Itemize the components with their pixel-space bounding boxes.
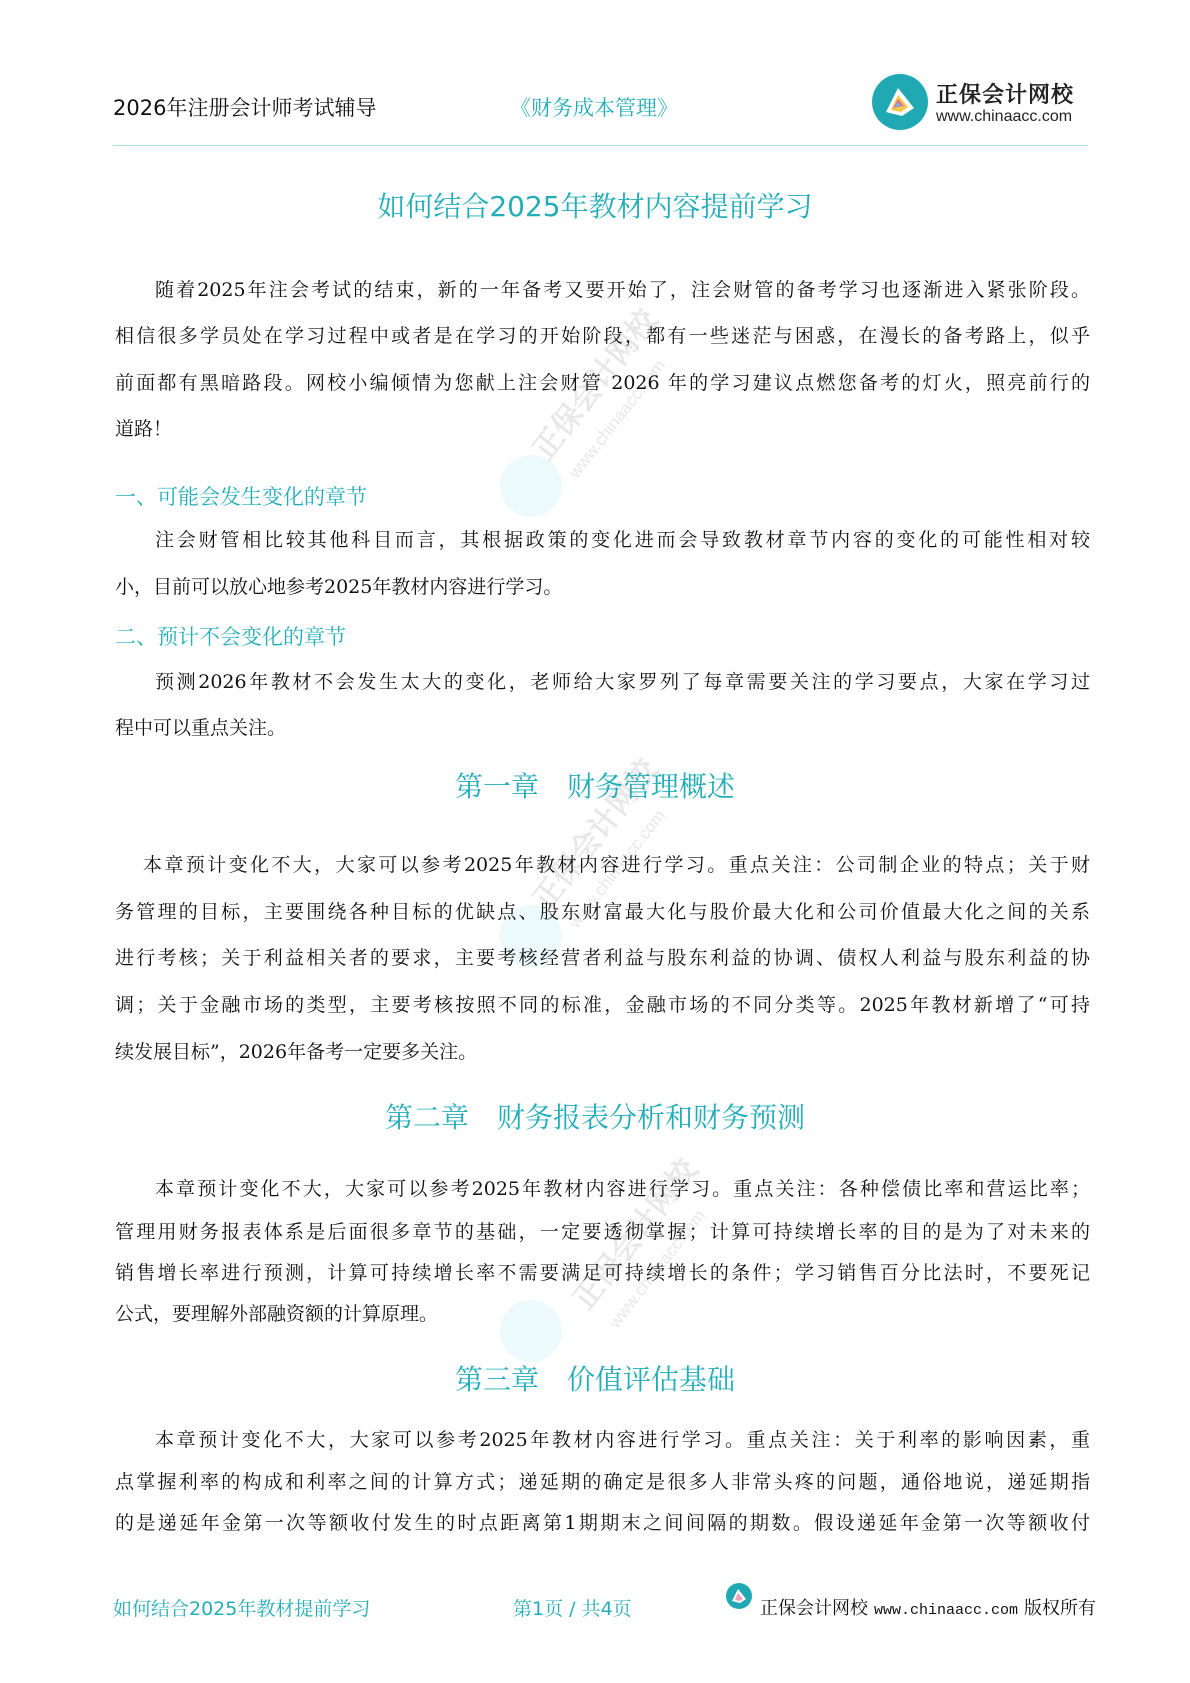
paragraph-line: 管理用财务报表体系是后面很多章节的基础，一定要透彻掌握；计算可持续增长率的目的是… xyxy=(115,1220,1090,1244)
paragraph-line: 销售增长率进行预测，计算可持续增长率不需要满足可持续增长的条件；学习销售百分比法… xyxy=(115,1261,1090,1285)
paragraph-line: 务管理的目标，主要围绕各种目标的优缺点、股东财富最大化与股价最大化和公司价值最大… xyxy=(115,900,1090,924)
paragraph-line: 公式，要理解外部融资额的计算原理。 xyxy=(115,1302,1090,1326)
watermark-logo-icon xyxy=(500,455,562,517)
paragraph-line: 调；关于金融市场的类型，主要考核按照不同的标准，金融市场的不同分类等。2025年… xyxy=(115,993,1090,1017)
section-heading: 一、可能会发生变化的章节 xyxy=(115,481,367,511)
paragraph-line: 注会财管相比较其他科目而言，其根据政策的变化进而会导致教材章节内容的变化的可能性… xyxy=(115,528,1090,552)
footer-document-title: 如何结合2025年教材提前学习 xyxy=(113,1594,370,1621)
paragraph-line: 本章预计变化不大，大家可以参考2025年教材内容进行学习。重点关注：公司制企业的… xyxy=(115,853,1090,877)
chapter-heading: 第一章 财务管理概述 xyxy=(0,765,1190,805)
header-subject: 《财务成本管理》 xyxy=(510,92,678,122)
paragraph-line: 进行考核；关于利益相关者的要求，主要考核经营者利益与股东利益的协调、债权人利益与… xyxy=(115,946,1090,970)
paragraph-line: 前面都有黑暗路段。网校小编倾情为您献上注会财管 2026 年的学习建议点燃您备考… xyxy=(115,371,1090,395)
header-course-title: 2026年注册会计师考试辅导 xyxy=(113,92,376,122)
paragraph-line: 点掌握利率的构成和利率之间的计算方式；递延期的确定是很多人非常头疼的问题，通俗地… xyxy=(115,1470,1090,1494)
watermark-text: 正保会计网校 xyxy=(520,440,700,484)
paragraph-line: 的是递延年金第一次等额收付发生的时点距离第1期期末之间间隔的期数。假设递延年金第… xyxy=(115,1511,1090,1535)
paragraph-line: 预测2026年教材不会发生太大的变化，老师给大家罗列了每章需要关注的学习要点，大… xyxy=(115,670,1090,694)
document-title: 如何结合2025年教材内容提前学习 xyxy=(0,185,1190,225)
paragraph-line: 续发展目标”，2026年备考一定要多关注。 xyxy=(115,1040,1090,1064)
footer-brand: 正保会计网校 xyxy=(760,1598,868,1619)
paragraph-line: 小，目前可以放心地参考2025年教材内容进行学习。 xyxy=(115,575,1090,599)
paragraph-line: 道路！ xyxy=(115,417,1090,441)
header-logo: 正保会计网校 www.chinaacc.com xyxy=(872,72,1092,134)
logo-url: www.chinaacc.com xyxy=(936,108,1072,126)
chapter-heading: 第二章 财务报表分析和财务预测 xyxy=(0,1096,1190,1136)
watermark-url: www.chinaacc.com xyxy=(565,470,710,490)
paragraph-line: 相信很多学员处在学习过程中或者是在学习的开始阶段，都有一些迷茫与困惑，在漫长的备… xyxy=(115,324,1090,348)
chapter-heading: 第三章 价值评估基础 xyxy=(0,1358,1190,1398)
footer-copyright: 正保会计网校www.chinaacc.com版权所有 xyxy=(760,1594,1096,1620)
paragraph-line: 本章预计变化不大，大家可以参考2025年教材内容进行学习。重点关注：各种偿债比率… xyxy=(115,1177,1090,1201)
paragraph-line: 本章预计变化不大，大家可以参考2025年教材内容进行学习。重点关注：关于利率的影… xyxy=(115,1428,1090,1452)
footer-page-info: 第1页 / 共4页 xyxy=(513,1594,632,1621)
section-heading: 二、预计不会变化的章节 xyxy=(115,621,346,651)
footer-rights: 版权所有 xyxy=(1024,1598,1096,1619)
logo-brand-name: 正保会计网校 xyxy=(936,78,1074,109)
chinaacc-logo-icon xyxy=(872,74,928,130)
paragraph-line: 程中可以重点关注。 xyxy=(115,716,1090,740)
header-divider xyxy=(113,145,1088,146)
footer-logo-icon xyxy=(726,1583,752,1609)
footer-url[interactable]: www.chinaacc.com xyxy=(874,1602,1018,1619)
paragraph-line: 随着2025年注会考试的结束，新的一年备考又要开始了，注会财管的备考学习也逐渐进… xyxy=(115,278,1090,302)
